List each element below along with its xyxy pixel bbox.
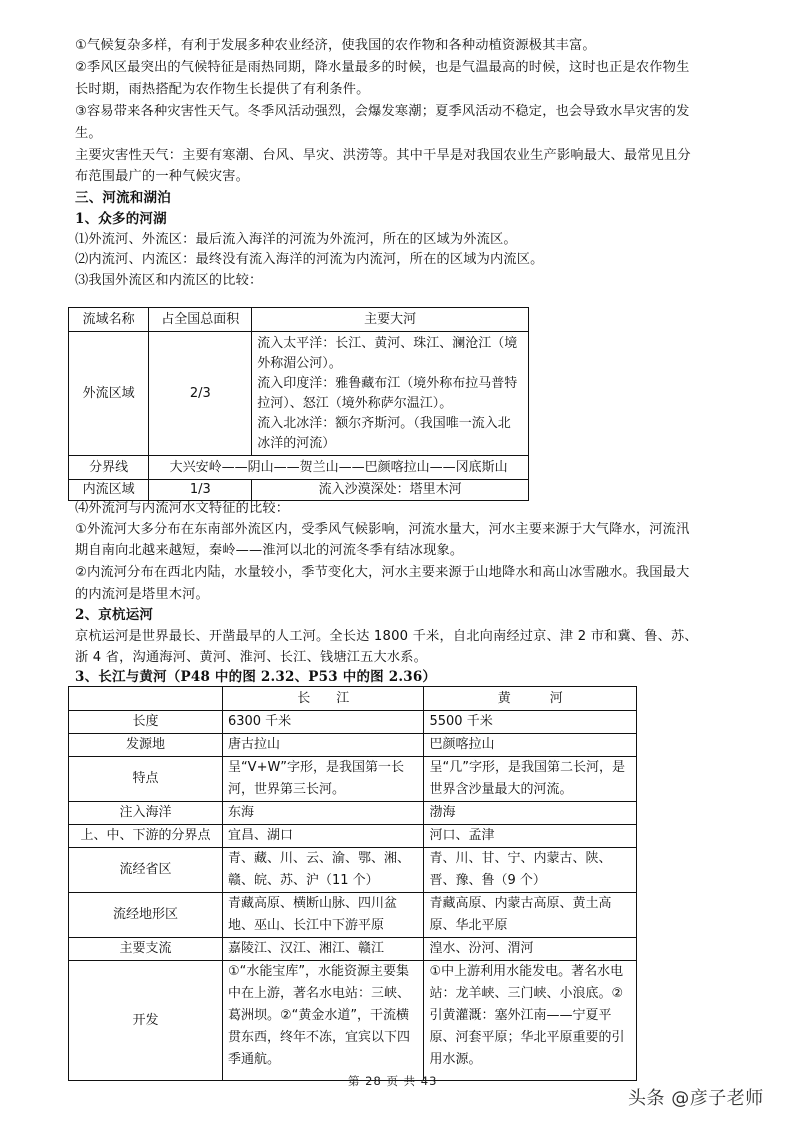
cell-outflow-share: 2/3 <box>149 332 252 456</box>
row-label: 长度 <box>69 711 223 734</box>
cell-yangtze: 6300 千米 <box>222 711 424 734</box>
paragraph-climate-2a: ②季风区最突出的气候特征是雨热同期，降水量最多的时候，也是气温最高的时候，这时也… <box>75 59 689 77</box>
cell-outflow-name: 外流区域 <box>69 332 149 456</box>
row-label: 流经省区 <box>69 848 223 893</box>
header-area-share: 占全国总面积 <box>149 308 252 332</box>
table-row-source: 发源地 唐古拉山 巴颜喀拉山 <box>69 734 637 757</box>
table-row-outflow: 外流区域 2/3 流入太平洋：长江、黄河、珠江、澜沧江（境外称湄公河）。 流入印… <box>69 332 529 456</box>
watermark: 头条 @彦子老师 <box>628 1084 764 1110</box>
cell-boundary-value: 大兴安岭——阴山——贺兰山——巴颜喀拉山——冈底斯山 <box>149 456 529 480</box>
item-outflow-definition: ⑴外流河、外流区：最后流入海洋的河流为外流河，所在的区域为外流区。 <box>75 231 517 249</box>
cell-boundary-name: 分界线 <box>69 456 149 480</box>
cell-yangtze: ①“水能宝库”，水能资源主要集中在上游，著名水电站：三峡、葛洲坝。②“黄金水道”… <box>222 961 424 1081</box>
table-row-reach-divisions: 上、中、下游的分界点 宜昌、湖口 河口、孟津 <box>69 825 637 848</box>
subheading-many-rivers: 1、众多的河湖 <box>75 210 167 228</box>
cell-yellow-river: 青、川、甘、宁、内蒙古、陕、晋、豫、鲁（9 个） <box>424 848 637 893</box>
table-row-inflow: 内流区域 1/3 流入沙漠深处：塔里木河 <box>69 480 529 501</box>
row-label: 主要支流 <box>69 938 223 961</box>
header-yellow-river: 黄 河 <box>424 687 637 711</box>
header-empty <box>69 687 223 711</box>
paragraph-grand-canal-b: 浙 4 省，沟通海河、黄河、淮河、长江、钱塘江五大水系。 <box>75 649 427 667</box>
row-label: 流经地形区 <box>69 893 223 938</box>
row-label: 开发 <box>69 961 223 1081</box>
cell-inflow-share: 1/3 <box>149 480 252 501</box>
row-label: 注入海洋 <box>69 802 223 825</box>
cell-yangtze: 青、藏、川、云、渝、鄂、湘、赣、皖、苏、沪（11 个） <box>222 848 424 893</box>
paragraph-disaster-a: 主要灾害性天气：主要有寒潮、台风、旱灾、洪涝等。其中干旱是对我国农业生产影响最大… <box>75 147 691 165</box>
header-main-rivers: 主要大河 <box>252 308 529 332</box>
table-row-boundary: 分界线 大兴安岭——阴山——贺兰山——巴颜喀拉山——冈底斯山 <box>69 456 529 480</box>
section-heading-rivers-lakes: 三、河流和湖泊 <box>75 189 171 207</box>
table-row-length: 长度 6300 千米 5500 千米 <box>69 711 637 734</box>
table-row-tributaries: 主要支流 嘉陵江、汉江、湘江、赣江 湟水、汾河、渭河 <box>69 938 637 961</box>
paragraph-outflow-hydrology-b: 期自南向北越来越短，秦岭——淮河以北的河流冬季有结冰现象。 <box>75 542 463 560</box>
item-comparison-intro: ⑶我国外流区和内流区的比较： <box>75 272 262 290</box>
table-row-landforms: 流经地形区 青藏高原、横断山脉、四川盆地、巫山、长江中下游平原 青藏高原、内蒙古… <box>69 893 637 938</box>
yangtze-yellow-river-table: 长 江 黄 河 长度 6300 千米 5500 千米 发源地 唐古拉山 巴颜喀拉… <box>68 686 637 1081</box>
row-label: 上、中、下游的分界点 <box>69 825 223 848</box>
row-label: 发源地 <box>69 734 223 757</box>
cell-yellow-river: 5500 千米 <box>424 711 637 734</box>
paragraph-inflow-hydrology-a: ②内流河分布在西北内陆，水量较小，季节变化大，河水主要来源于山地降水和高山冰雪融… <box>75 564 689 582</box>
table-row-development: 开发 ①“水能宝库”，水能资源主要集中在上游，著名水电站：三峡、葛洲坝。②“黄金… <box>69 961 637 1081</box>
cell-yellow-river: 湟水、汾河、渭河 <box>424 938 637 961</box>
drainage-comparison-table: 流域名称 占全国总面积 主要大河 外流区域 2/3 流入太平洋：长江、黄河、珠江… <box>68 307 529 501</box>
table-header-row: 流域名称 占全国总面积 主要大河 <box>69 308 529 332</box>
document-page: ①气候复杂多样，有利于发展多种农业经济，使我国的农作物和各种动植资源极其丰富。 … <box>0 0 794 1123</box>
cell-yangtze: 宜昌、湖口 <box>222 825 424 848</box>
cell-yellow-river: 青藏高原、内蒙古高原、黄土高原、华北平原 <box>424 893 637 938</box>
cell-yellow-river: ①中上游利用水能发电。著名水电站：龙羊峡、三门峡、小浪底。②引黄灌溉：塞外江南—… <box>424 961 637 1081</box>
paragraph-outflow-hydrology-a: ①外流河大多分布在东南部外流区内，受季风气候影响，河流水量大，河水主要来源于大气… <box>75 521 689 539</box>
subheading-grand-canal: 2、京杭运河 <box>75 606 153 624</box>
paragraph-climate-3b: 生。 <box>75 125 102 143</box>
cell-yellow-river: 巴颜喀拉山 <box>424 734 637 757</box>
outflow-arctic: 流入北冰洋：额尔齐斯河。（我国唯一流入北冰洋的河流） <box>257 414 523 454</box>
table-row-features: 特点 呈“V+W”字形，是我国第一长河，世界第三长河。 呈“几”字形，是我国第二… <box>69 757 637 802</box>
cell-yangtze: 嘉陵江、汉江、湘江、赣江 <box>222 938 424 961</box>
paragraph-climate-2b: 长时期，雨热搭配为农作物生长提供了有利条件。 <box>75 81 370 99</box>
paragraph-grand-canal-a: 京杭运河是世界最长、开凿最早的人工河。全长达 1800 千米，自北向南经过京、津… <box>75 628 698 646</box>
table-row-provinces: 流经省区 青、藏、川、云、渝、鄂、湘、赣、皖、苏、沪（11 个） 青、川、甘、宁… <box>69 848 637 893</box>
page-number: 第 28 页 共 43 <box>348 1073 437 1089</box>
cell-outflow-rivers: 流入太平洋：长江、黄河、珠江、澜沧江（境外称湄公河）。 流入印度洋：雅鲁藏布江（… <box>252 332 529 456</box>
paragraph-disaster-b: 布范围最广的一种气候灾害。 <box>75 168 249 186</box>
outflow-indian: 流入印度洋：雅鲁藏布江（境外称布拉马普特拉河）、怒江（境外称萨尔温江）。 <box>257 374 523 414</box>
paragraph-climate-3a: ③容易带来各种灾害性天气。冬季风活动强烈，会爆发寒潮；夏季风活动不稳定，也会导致… <box>75 103 689 121</box>
cell-yangtze: 唐古拉山 <box>222 734 424 757</box>
cell-yangtze: 青藏高原、横断山脉、四川盆地、巫山、长江中下游平原 <box>222 893 424 938</box>
item-hydrology-intro: ⑷外流河与内流河水文特征的比较： <box>75 500 289 518</box>
header-yangtze: 长 江 <box>222 687 424 711</box>
cell-inflow-name: 内流区域 <box>69 480 149 501</box>
cell-yellow-river: 河口、孟津 <box>424 825 637 848</box>
cell-yellow-river: 呈“几”字形，是我国第二长河，是世界含沙量最大的河流。 <box>424 757 637 802</box>
row-label: 特点 <box>69 757 223 802</box>
header-basin-name: 流域名称 <box>69 308 149 332</box>
outflow-pacific: 流入太平洋：长江、黄河、珠江、澜沧江（境外称湄公河）。 <box>257 334 523 374</box>
cell-yellow-river: 渤海 <box>424 802 637 825</box>
cell-yangtze: 呈“V+W”字形，是我国第一长河，世界第三长河。 <box>222 757 424 802</box>
item-inflow-definition: ⑵内流河、内流区：最终没有流入海洋的河流为内流河，所在的区域为内流区。 <box>75 251 544 269</box>
cell-inflow-rivers: 流入沙漠深处：塔里木河 <box>252 480 529 501</box>
paragraph-inflow-hydrology-b: 的内流河是塔里木河。 <box>75 586 209 604</box>
cell-yangtze: 东海 <box>222 802 424 825</box>
table-header-row: 长 江 黄 河 <box>69 687 637 711</box>
paragraph-climate-1: ①气候复杂多样，有利于发展多种农业经济，使我国的农作物和各种动植资源极其丰富。 <box>75 37 596 55</box>
subheading-yangtze-yellow: 3、长江与黄河（P48 中的图 2.32、P53 中的图 2.36） <box>75 668 436 686</box>
table-row-ocean: 注入海洋 东海 渤海 <box>69 802 637 825</box>
